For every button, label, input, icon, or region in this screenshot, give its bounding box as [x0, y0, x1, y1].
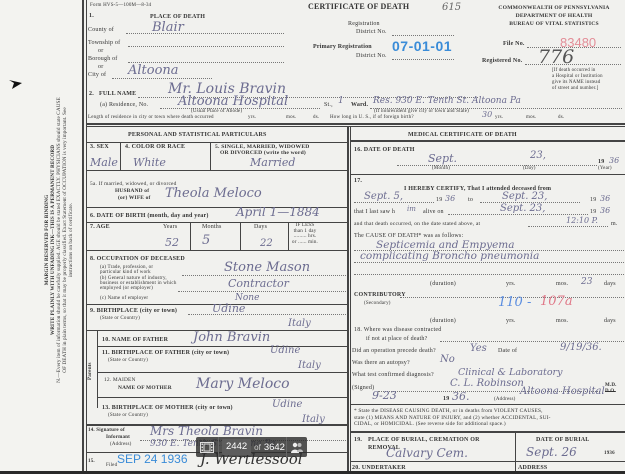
registration-district-line	[392, 35, 454, 36]
autopsy-label: Was there an autopsy?	[352, 360, 410, 366]
cell-divider	[190, 222, 191, 250]
borough-label: Borough of	[88, 56, 118, 62]
primary-registration-label: Primary Registration	[313, 44, 372, 50]
burial-place-label: PLACE OF BURIAL, CREMATION OR	[368, 437, 480, 443]
informant-label: Informant	[106, 435, 130, 440]
nonresident-caption: (If nonresident give city or town and St…	[374, 109, 469, 114]
full-name-label: FULL NAME	[99, 91, 136, 97]
if-less-line: ......... hrs.	[292, 234, 318, 240]
contributory-label: CONTRIBUTORY	[354, 292, 406, 298]
agency-line: COMMONWEALTH OF PENNSYLVANIA	[484, 4, 624, 12]
if-less-line: IF LESS	[292, 223, 318, 229]
filmstrip-button[interactable]	[196, 437, 219, 457]
cause-footnote: * State the DISEASE CAUSING DEATH, or in…	[354, 408, 551, 428]
to-label: to	[468, 197, 473, 203]
birthplace-country-value: Italy	[288, 318, 311, 329]
item-number: 1.	[89, 13, 94, 19]
day-caption: (Day)	[523, 166, 536, 171]
date-of-death-year: 36	[609, 156, 619, 165]
birthplace-label: 9. BIRTHPLACE (city or town)	[90, 308, 177, 314]
mos-label: mos.	[286, 115, 296, 120]
personal-particulars-heading: PERSONAL AND STATISTICAL PARTICULARS	[128, 132, 267, 138]
how-long-in-us-value: 30	[482, 110, 492, 119]
death-time-value: 12:10 P.	[566, 216, 598, 225]
mos-label: mos.	[526, 115, 536, 120]
month-caption: (Month)	[432, 166, 450, 171]
county-label: County of	[88, 27, 114, 33]
margin-instructions: MARGIN RESERVED FOR BINDING WRITE PLAINL…	[44, 10, 74, 470]
spouse-label: (or) WIFE of	[118, 195, 151, 201]
marital-status-value: Married	[250, 156, 295, 169]
residence-label: (a) Residence, No.	[100, 102, 148, 108]
yrs-label: yrs.	[495, 115, 503, 120]
sign-date-value: 9-23	[372, 389, 397, 402]
yrs-label: yrs.	[506, 318, 516, 324]
color-race-value: White	[133, 156, 166, 169]
sex-label: 3. SEX	[90, 144, 109, 150]
date-of-death-year-prefix: 19	[598, 159, 604, 165]
primary-registration-label: District No.	[356, 53, 387, 59]
registered-no-value: 776	[538, 46, 574, 68]
footnote-line: * State the DISEASE CAUSING DEATH, or in…	[354, 408, 551, 415]
street-value: 1	[338, 96, 344, 106]
last-saw-year-prefix: 19	[590, 209, 596, 215]
mother-maiden-value: Mary Meloco	[196, 376, 290, 392]
last-saw-line	[448, 214, 588, 215]
certificate-title: CERTIFICATE OF DEATH	[308, 2, 409, 11]
birthplace-city-value: Udine	[212, 302, 245, 315]
date-of-death-label: 16. DATE OF DEATH	[354, 147, 415, 153]
city-value: Altoona	[128, 63, 179, 78]
agency-line: BUREAU OF VITAL STATISTICS	[484, 20, 624, 28]
usual-place-caption: (Usual Place of Abode)	[191, 109, 242, 114]
column-divider	[347, 126, 349, 474]
county-line	[126, 33, 284, 34]
occupation-heading: 8. OCCUPATION OF DECEASED	[90, 256, 185, 262]
filed-label: Filed	[106, 463, 117, 468]
margin-line: instructions on back of certificate.	[68, 10, 74, 470]
occupation-trade-line	[182, 275, 346, 276]
row-divider	[351, 461, 625, 462]
row-divider	[351, 140, 625, 142]
index-people-button[interactable]	[286, 437, 307, 457]
handwritten-number: 615	[442, 2, 461, 13]
father-birthplace-city-value: Udine	[270, 345, 300, 356]
date-of-death-month: Sept.	[428, 152, 457, 165]
last-saw-him: im	[407, 205, 416, 213]
secondary-label: (Secondary)	[364, 301, 391, 306]
row-divider	[87, 170, 347, 171]
age-days-label: Days	[254, 224, 267, 230]
item-number: 2.	[89, 91, 94, 97]
occupation-industry-line	[178, 291, 346, 292]
agency-line: DEPARTMENT OF HEALTH	[484, 12, 624, 20]
current-page-input[interactable]: 2442	[222, 439, 251, 455]
mos-label: mos.	[556, 318, 568, 324]
ward-label: Ward.	[351, 102, 368, 108]
mother-maiden-label: NAME OF MOTHER	[118, 385, 172, 391]
m-label: m.	[611, 221, 618, 227]
column-divider	[350, 126, 351, 474]
last-saw-label: that I last saw h	[354, 209, 395, 215]
date-of-death-day: 23,	[530, 150, 546, 161]
attended-to-value: Sept. 23,	[502, 191, 547, 202]
burial-date-value: Sept. 26	[526, 445, 577, 459]
row-divider	[87, 142, 347, 143]
physician-signature: C. L. Robinson	[450, 378, 524, 389]
burial-date-label: DATE OF BURIAL	[536, 437, 589, 443]
section-divider	[87, 123, 625, 125]
days-label: days	[604, 281, 616, 287]
diagnosis-test-value: Clinical & Laboratory	[458, 367, 562, 378]
physician-address-value: Altoona Hospital	[520, 386, 605, 397]
color-race-label: 4. COLOR OR RACE	[125, 144, 185, 150]
occupation-industry-label: employed (or employer)	[100, 286, 153, 291]
frame-left-border	[82, 0, 84, 474]
attended-to-year-prefix: 19	[590, 197, 596, 203]
age-months-value: 5	[202, 233, 210, 248]
age-months-label: Months	[202, 224, 222, 230]
cell-divider	[210, 142, 211, 170]
item-number: 15.	[88, 459, 95, 464]
medical-certificate-heading: MEDICAL CERTIFICATE OF DEATH	[408, 132, 517, 138]
father-birthplace-label: 11. BIRTHPLACE OF FATHER (city or town)	[102, 350, 229, 356]
mother-birthplace-sub-label: (State or Country)	[108, 413, 148, 418]
registration-district-label: District No.	[356, 29, 387, 35]
filed-date-stamp: SEP 24 1936	[117, 452, 188, 466]
filmstrip-icon	[200, 442, 214, 453]
form-number: Form HVS-5—100M—8-34	[90, 3, 151, 8]
employer-name-label: (c) Name of employer	[100, 296, 148, 301]
city-line	[112, 78, 212, 79]
cause-line-2	[354, 262, 624, 263]
age-years-label: Years	[163, 224, 177, 230]
footnote-line: CIDAL, or HOMICIDAL. (See reverse side f…	[354, 421, 551, 428]
days-label: days	[604, 318, 616, 324]
informant-signature-value: Mrs Theola Bravin	[150, 424, 263, 438]
residence-value: Altoona Hospital	[178, 94, 288, 109]
spouse-label: HUSBAND of	[115, 188, 149, 194]
year-caption: (Year)	[598, 166, 612, 171]
attended-from-year: 36	[445, 194, 455, 203]
cell-divider	[515, 433, 516, 474]
birthplace-sub-label: (State or Country)	[100, 316, 140, 321]
duration-days-value: 23	[581, 277, 592, 287]
age-label: 7. AGE	[90, 224, 110, 230]
cause-of-death-complication: complicating Broncho pneumonia	[360, 250, 539, 262]
attended-from-value: Sept. 5,	[364, 191, 403, 202]
diagnosis-test-label: What test confirmed diagnosis?	[352, 372, 434, 378]
mos-label: mos.	[556, 281, 568, 287]
date-of-birth-value: April 1—1884	[236, 205, 320, 219]
cell-divider	[120, 142, 121, 170]
occupation-trade-value: Stone Mason	[224, 260, 310, 275]
informant-label: 14. Signature of	[88, 428, 125, 433]
frame-left-border-inner	[86, 0, 87, 474]
mother-birthplace-city-value: Udine	[272, 399, 302, 410]
row-divider	[98, 346, 347, 347]
section-divider	[87, 126, 625, 127]
hospital-note-line: of street and number.]	[552, 86, 603, 92]
cell-divider	[288, 222, 289, 250]
total-pages: 3642	[264, 442, 285, 453]
informant-address-label: (Address)	[110, 442, 132, 447]
attended-from-line	[354, 202, 434, 203]
operation-label: Did an operation precede death?	[352, 348, 436, 354]
row-divider	[351, 174, 625, 175]
punch-hole-icon	[8, 76, 24, 90]
md-label: M.D.	[605, 383, 617, 388]
occupation-trade-label: particular kind of work	[100, 270, 151, 275]
cell-divider	[240, 222, 241, 250]
of-label: of	[254, 443, 261, 452]
operation-value: Yes	[470, 343, 487, 354]
disease-contracted-label: 18. Where was disease contracted	[354, 327, 441, 333]
parents-label: Parents	[88, 362, 93, 380]
city-label: City of	[88, 72, 106, 78]
father-birthplace-country-value: Italy	[298, 360, 321, 371]
date-of-birth-label: 6. DATE OF BIRTH (month, day and year)	[90, 213, 209, 219]
item-number: 19.	[354, 437, 362, 443]
ds-label: ds.	[313, 115, 319, 120]
primary-registration-stamp: 07-01-01	[392, 38, 452, 54]
primary-registration-line	[392, 59, 454, 60]
if-less-label: IF LESS than 1 day ......... hrs. or ...…	[292, 223, 318, 245]
ds-label: ds.	[558, 115, 564, 120]
township-label: Township of	[88, 40, 120, 46]
duration-label: (duration)	[430, 318, 456, 324]
spouse-label: 5a. If married, widowed, or divorced	[82, 181, 177, 187]
operation-date-value: 9/19/36.	[560, 342, 602, 353]
occupation-industry-value: Contractor	[228, 277, 289, 290]
row-divider	[98, 372, 347, 373]
attended-from-year-prefix: 19	[436, 197, 442, 203]
registration-district-label: Registration	[348, 21, 380, 27]
sign-year-prefix: 19	[443, 396, 449, 402]
date-of-death-line	[397, 165, 597, 166]
duration-label: (duration)	[430, 281, 456, 287]
classification-code-red: 107a	[540, 294, 573, 309]
yrs-label: yrs.	[248, 115, 256, 120]
row-divider	[98, 397, 347, 398]
sex-value: Male	[90, 156, 118, 169]
or-text: or	[98, 64, 103, 70]
row-divider	[87, 250, 347, 251]
age-days-value: 22	[260, 238, 273, 249]
signed-label: (Signed)	[352, 385, 374, 391]
death-time-line	[528, 226, 608, 227]
physician-address-label: (Address)	[494, 397, 516, 402]
operation-date-label: Date of	[498, 348, 517, 354]
last-saw-year: 36	[600, 206, 610, 215]
file-no-label: File No.	[503, 41, 525, 47]
yrs-label: yrs.	[506, 281, 516, 287]
registered-no-label: Registered No.	[482, 58, 522, 64]
image-viewer-toolbar: 2442 of 3642	[196, 437, 307, 457]
spouse-value: Theola Meloco	[165, 186, 262, 201]
item-number: 17.	[354, 178, 362, 184]
if-less-line: or ...... min.	[292, 240, 318, 246]
last-saw-value: Sept. 23,	[500, 203, 545, 214]
mother-maiden-label: 12. MAIDEN	[104, 377, 136, 383]
binding-margin: MARGIN RESERVED FOR BINDING WRITE PLAINL…	[0, 0, 82, 474]
do-label: D.O.	[605, 389, 616, 394]
father-birthplace-sub-label: (State or Country)	[108, 358, 148, 363]
attended-to-year: 36	[600, 194, 610, 203]
death-time-label: and that death occurred, on the date sta…	[354, 221, 480, 227]
disease-contracted-label: if not at place of death?	[366, 336, 427, 342]
people-icon	[290, 442, 304, 453]
hospital-note: [If death occurred in a Hospital or Inst…	[552, 68, 603, 92]
last-saw-label: alive on	[423, 209, 444, 215]
document-page: MARGIN RESERVED FOR BINDING WRITE PLAINL…	[0, 0, 625, 474]
sign-year-value: 36.	[452, 390, 470, 403]
how-long-in-us-label: How long in U. S., if of foreign birth?	[330, 115, 414, 120]
row-divider	[351, 404, 625, 405]
father-name-value: John Bravin	[193, 330, 270, 345]
father-name-label: 10. NAME OF FATHER	[102, 337, 168, 343]
or-text: or	[98, 48, 103, 54]
row-divider	[351, 431, 625, 433]
burial-year: 1936	[604, 451, 615, 456]
street-label: St.,	[324, 102, 333, 108]
mother-birthplace-label: 13. BIRTHPLACE OF MOTHER (city or town)	[102, 405, 233, 411]
agency-header: COMMONWEALTH OF PENNSYLVANIA DEPARTMENT …	[484, 4, 624, 28]
county-value: Blair	[152, 20, 184, 35]
cause-line-3	[354, 274, 624, 275]
ward-value: Res. 930 E. Tenth St. Altoona Pa	[373, 96, 521, 106]
age-years-value: 52	[165, 236, 179, 249]
autopsy-value: No	[440, 354, 455, 365]
classification-code-blue: 110 -	[498, 295, 531, 310]
length-of-residence-label: Length of residence in city or town wher…	[88, 115, 214, 120]
township-line	[128, 46, 284, 47]
burial-place-value: Calvary Cem.	[386, 446, 468, 460]
